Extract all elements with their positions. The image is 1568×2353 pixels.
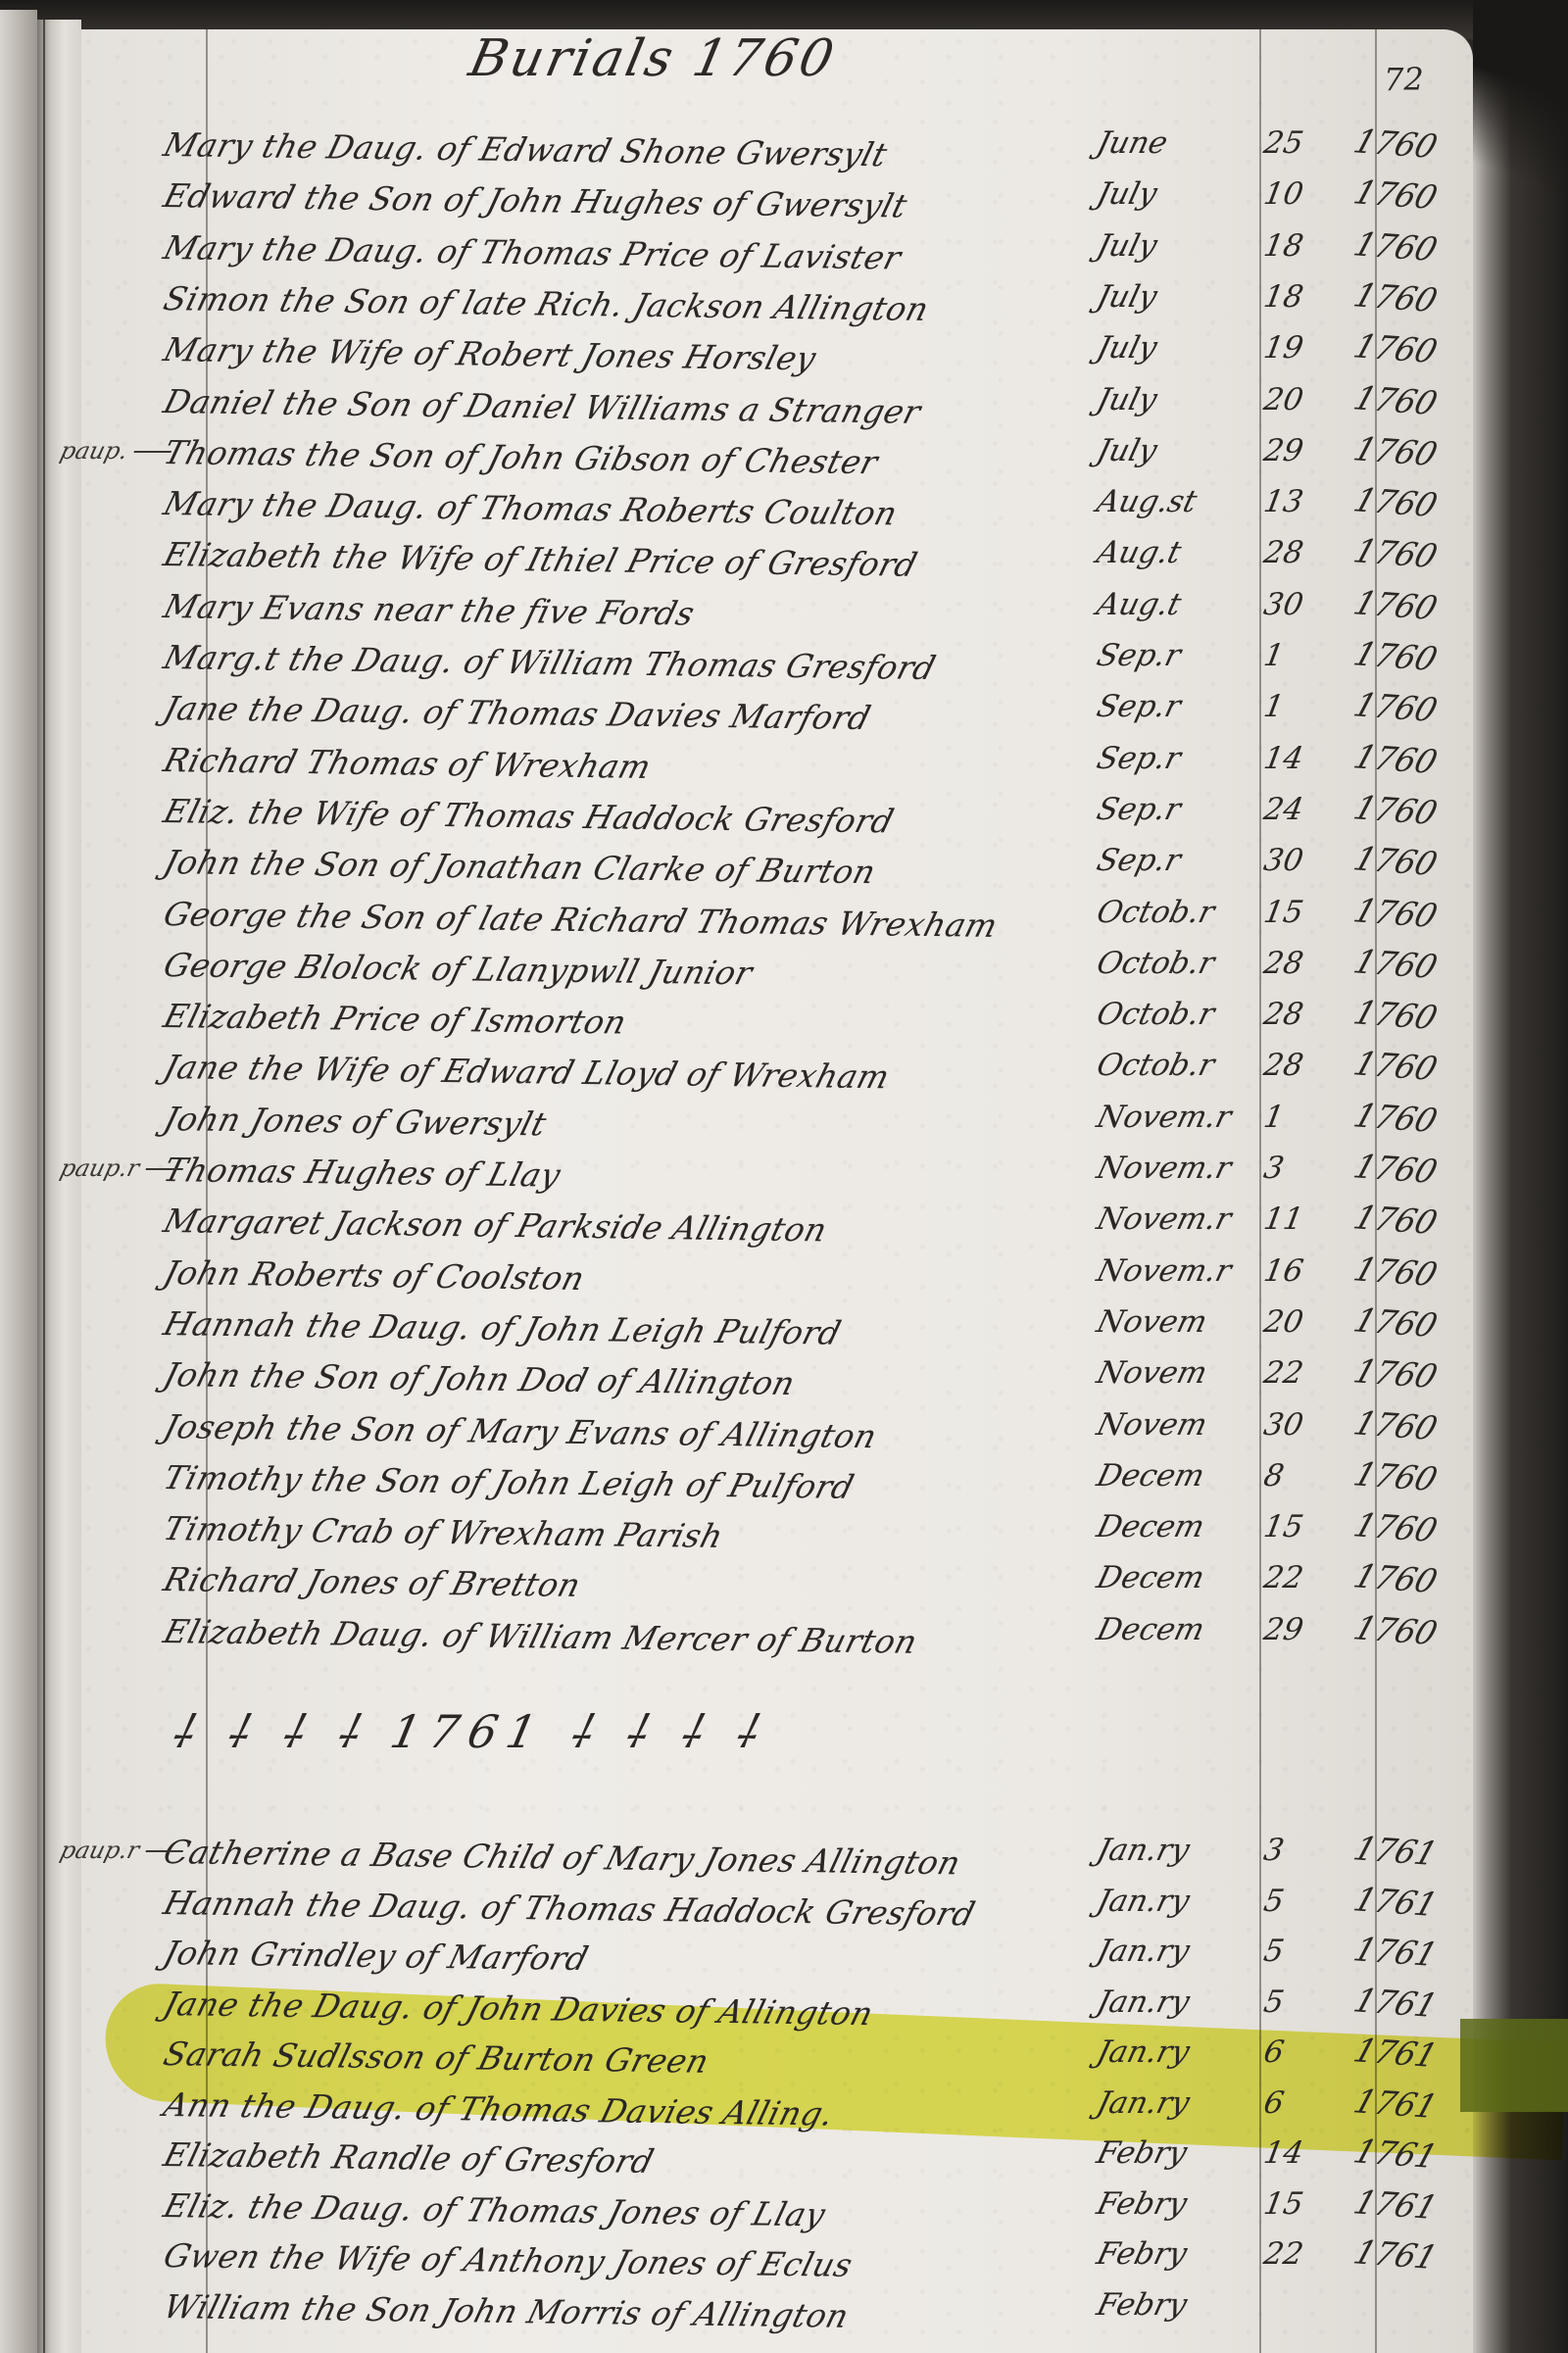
entry-month: Jan.ry [1094,2085,1220,2121]
burial-entry: Mary the Daug. of Edward Shone GwersyltJ… [0,125,1568,172]
burial-entry: Elizabeth Randle of GresfordFebry141761 [0,2135,1568,2182]
entry-year: 1760 [1349,634,1467,680]
burial-entry: Hannah the Daug. of John Leigh PulfordNo… [0,1304,1568,1351]
entry-month: Aug.st [1094,484,1220,519]
entry-month: Febry [1094,2186,1220,2222]
entry-text: John Grindley of Marford [160,1934,1137,1985]
entry-month: Jan.ry [1094,1884,1220,1919]
entry-text: Elizabeth Randle of Gresford [160,2135,1137,2187]
entry-year: 1760 [1349,275,1467,321]
entry-day: 14 [1261,2135,1326,2171]
margin-note-pauper: paup. [58,437,131,465]
entry-year: 1760 [1349,839,1467,885]
entry-month: Decem [1094,1560,1220,1595]
entry-text: Simon the Son of late Rich. Jackson Alli… [160,279,1137,331]
entry-month: Jan.ry [1094,2034,1220,2070]
entry-text: George Blolock of Llanypwll Junior [160,946,1137,998]
entry-day: 14 [1261,741,1326,776]
entry-day: 5 [1261,1934,1326,1969]
entry-month: Octob.r [1094,997,1220,1032]
entry-text: Daniel the Son of Daniel Williams a Stra… [160,382,1137,434]
burial-entry: George the Son of late Richard Thomas Wr… [0,895,1568,942]
entry-year: 1760 [1349,1045,1467,1091]
entry-day: 3 [1261,1151,1326,1186]
entry-day: 18 [1261,228,1326,264]
entry-text: Gwen the Wife of Anthony Jones of Eclus [160,2236,1137,2288]
burial-entry: Marg.t the Daug. of William Thomas Gresf… [0,638,1568,685]
entry-year: 1760 [1349,1250,1467,1296]
entry-year: 1760 [1349,429,1467,475]
entry-day: 10 [1261,176,1326,212]
burial-entry: Jane the Daug. of Thomas Davies MarfordS… [0,689,1568,736]
burial-entry: John Roberts of CoolstonNovem.r161760 [0,1253,1568,1300]
entry-month: Octob.r [1094,895,1220,930]
burial-entry: Elizabeth Daug. of William Mercer of Bur… [0,1612,1568,1659]
entry-year: 1760 [1349,480,1467,526]
entry-year: 1761 [1349,2031,1467,2077]
entry-month: Novem.r [1094,1151,1220,1186]
burial-entry: John the Son of Jonathan Clarke of Burto… [0,843,1568,890]
entry-month: Decem [1094,1458,1220,1494]
entry-day: 28 [1261,946,1326,981]
entry-day: 22 [1261,1560,1326,1595]
entry-month: Sep.r [1094,792,1220,827]
entry-day: 28 [1261,997,1326,1032]
entry-year: 1761 [1349,2232,1467,2279]
burial-entry: Jane the Daug. of John Davies of Allingt… [0,1985,1568,2032]
entry-text: Mary the Daug. of Thomas Price of Lavist… [160,228,1137,280]
entry-month: Decem [1094,1612,1220,1647]
margin-note-pauper: paup.r [58,1154,143,1182]
entry-text: Mary the Wife of Robert Jones Horsley [160,330,1137,382]
entry-day: 15 [1261,1509,1326,1544]
entry-year: 1760 [1349,173,1467,220]
entry-day: 16 [1261,1253,1326,1289]
entry-day: 24 [1261,792,1326,827]
entry-month: Novem.r [1094,1201,1220,1237]
burial-entry: Richard Thomas of WrexhamSep.r141760 [0,741,1568,788]
entry-month: Jan.ry [1094,1833,1220,1868]
entry-month: July [1094,176,1220,212]
entry-day: 30 [1261,1407,1326,1443]
entry-text: William the Son John Morris of Allington [160,2287,1137,2339]
entry-year: 1761 [1349,1829,1467,1875]
entry-day: 22 [1261,2236,1326,2272]
entry-month: Octob.r [1094,946,1220,981]
burial-entry: John Jones of GwersyltNovem.r11760 [0,1100,1568,1147]
entry-year: 1760 [1349,326,1467,372]
burial-entry: Catherine a Base Child of Mary Jones All… [0,1833,1568,1880]
burial-entry: Eliz. the Daug. of Thomas Jones of LlayF… [0,2186,1568,2233]
entry-text: Ann the Daug. of Thomas Davies Alling. [160,2085,1137,2137]
entry-day: 20 [1261,1304,1326,1340]
entry-day: 1 [1261,638,1326,673]
entry-year: 1760 [1349,1557,1467,1603]
entry-text: Timothy the Son of John Leigh of Pulford [160,1458,1137,1510]
burial-entry: John Grindley of MarfordJan.ry51761 [0,1934,1568,1981]
burial-entry: Thomas the Son of John Gibson of Chester… [0,433,1568,480]
entry-month: Novem [1094,1304,1220,1340]
burial-entry: Simon the Son of late Rich. Jackson Alli… [0,279,1568,326]
burial-entry: Edward the Son of John Hughes of Gwersyl… [0,176,1568,223]
entry-text: Margaret Jackson of Parkside Allington [160,1201,1137,1253]
entry-day: 5 [1261,1985,1326,2020]
entry-month: Jan.ry [1094,1985,1220,2020]
entry-month: Novem [1094,1407,1220,1443]
burial-entry: Margaret Jackson of Parkside AllingtonNo… [0,1201,1568,1249]
entry-year: 1760 [1349,122,1467,168]
entry-month: Febry [1094,2135,1220,2171]
burial-entry: Timothy Crab of Wrexham ParishDecem15176… [0,1509,1568,1556]
entry-day: 28 [1261,535,1326,570]
entry-text: John the Son of John Dod of Allington [160,1355,1137,1407]
burial-entry: Mary the Daug. of Thomas Roberts Coulton… [0,484,1568,531]
entry-text: Mary the Daug. of Thomas Roberts Coulton [160,484,1137,536]
burial-entry: Mary the Daug. of Thomas Price of Lavist… [0,228,1568,275]
entry-month: Sep.r [1094,843,1220,878]
entry-month: Sep.r [1094,689,1220,724]
entry-day: 6 [1261,2085,1326,2121]
entry-month: Febry [1094,2236,1220,2272]
entry-year: 1760 [1349,1147,1467,1193]
entry-text: Sarah Sudlsson of Burton Green [160,2034,1137,2086]
entry-year: 1761 [1349,2182,1467,2229]
entry-text: John the Son of Jonathan Clarke of Burto… [160,843,1137,895]
entry-month: Sep.r [1094,638,1220,673]
entry-text: Jane the Wife of Edward Lloyd of Wrexham [160,1048,1137,1100]
entry-month: July [1094,382,1220,417]
burial-entry: George Blolock of Llanypwll JuniorOctob.… [0,946,1568,993]
entry-day: 15 [1261,2186,1326,2222]
entry-day: 20 [1261,382,1326,417]
entry-text: Richard Thomas of Wrexham [160,741,1137,793]
entry-year: 1760 [1349,1505,1467,1551]
entry-day: 11 [1261,1201,1326,1237]
entry-day: 3 [1261,1833,1326,1868]
burial-entry: John the Son of John Dod of AllingtonNov… [0,1355,1568,1402]
entry-year: 1761 [1349,2082,1467,2128]
burial-entry: Jane the Wife of Edward Lloyd of Wrexham… [0,1048,1568,1095]
burial-entry: Eliz. the Wife of Thomas Haddock Gresfor… [0,792,1568,839]
burial-entry: Thomas Hughes of LlayNovem.r31760 [0,1151,1568,1198]
entry-day: 29 [1261,1612,1326,1647]
entry-text: Timothy Crab of Wrexham Parish [160,1509,1137,1561]
burial-entry: Daniel the Son of Daniel Williams a Stra… [0,382,1568,429]
entry-year: 1760 [1349,942,1467,988]
burial-entry: Hannah the Daug. of Thomas Haddock Gresf… [0,1884,1568,1931]
entry-month: Febry [1094,2287,1220,2323]
entry-year: 1760 [1349,1199,1467,1245]
entry-text: Elizabeth Price of Ismorton [160,997,1137,1049]
entry-year: 1760 [1349,1300,1467,1347]
entry-year: 1761 [1349,1981,1467,2027]
entry-year: 1760 [1349,686,1467,732]
entry-year: 1760 [1349,737,1467,783]
entry-day: 29 [1261,433,1326,468]
entry-month: Aug.t [1094,535,1220,570]
entry-text: Jane the Daug. of John Davies of Allingt… [160,1985,1137,2036]
entry-day: 1 [1261,689,1326,724]
page-number: 72 [1384,61,1424,98]
entry-month: Novem.r [1094,1100,1220,1135]
entry-day: 6 [1261,2034,1326,2070]
entry-text: Thomas Hughes of Llay [160,1151,1137,1202]
entry-day: 1 [1261,1100,1326,1135]
entry-year: 1760 [1349,1608,1467,1654]
entry-month: July [1094,228,1220,264]
entry-year: 1761 [1349,1880,1467,1926]
entry-text: Marg.t the Daug. of William Thomas Gresf… [160,638,1137,690]
entry-day: 28 [1261,1048,1326,1083]
entry-month: July [1094,279,1220,315]
entry-text: Joseph the Son of Mary Evans of Allingto… [160,1407,1137,1459]
entry-year: 1761 [1349,1930,1467,1976]
entry-month: Aug.t [1094,587,1220,622]
entry-text: Mary the Daug. of Edward Shone Gwersylt [160,125,1137,177]
entry-year: 1760 [1349,532,1467,578]
burial-entry: Joseph the Son of Mary Evans of Allingto… [0,1407,1568,1454]
entry-text: Hannah the Daug. of Thomas Haddock Gresf… [160,1884,1137,1936]
burial-entry: Mary Evans near the five FordsAug.t30176… [0,587,1568,634]
entry-day: 30 [1261,587,1326,622]
burial-entry: Elizabeth the Wife of Ithiel Price of Gr… [0,535,1568,582]
burial-entry: Ann the Daug. of Thomas Davies Alling.Ja… [0,2085,1568,2132]
burial-entry: Mary the Wife of Robert Jones HorsleyJul… [0,330,1568,377]
entry-year: 1760 [1349,1454,1467,1500]
margin-note-pauper: paup.r [58,1837,143,1864]
entry-year: 1760 [1349,378,1467,424]
entry-month: Novem.r [1094,1253,1220,1289]
entry-text: Thomas the Son of John Gibson of Chester [160,433,1137,485]
entry-year: 1760 [1349,788,1467,834]
entry-year: 1760 [1349,583,1467,629]
entry-text: Jane the Daug. of Thomas Davies Marford [160,689,1137,741]
entry-text: George the Son of late Richard Thomas Wr… [160,895,1137,947]
entry-day: 5 [1261,1884,1326,1919]
entry-day: 13 [1261,484,1326,519]
burial-entry: Timothy the Son of John Leigh of Pulford… [0,1458,1568,1505]
entry-year: 1760 [1349,993,1467,1039]
entry-day: 25 [1261,125,1326,161]
entry-day: 19 [1261,330,1326,366]
entry-month: Novem [1094,1355,1220,1391]
entry-day: 18 [1261,279,1326,315]
year-divider: ⸸ ⸸ ⸸ ⸸ 1761 ⸸ ⸸ ⸸ ⸸ [165,1700,772,1761]
entry-year: 1760 [1349,1403,1467,1449]
entry-day: 22 [1261,1355,1326,1391]
entry-text: John Jones of Gwersylt [160,1100,1137,1152]
entry-month: Decem [1094,1509,1220,1544]
entry-day: 15 [1261,895,1326,930]
entry-year: 1760 [1349,224,1467,270]
burial-entry: William the Son John Morris of Allington… [0,2287,1568,2334]
burial-entry: Elizabeth Price of IsmortonOctob.r281760 [0,997,1568,1044]
entry-text: John Roberts of Coolston [160,1253,1137,1305]
entry-month: June [1094,125,1220,161]
entry-text: Mary Evans near the five Fords [160,587,1137,639]
entry-text: Elizabeth Daug. of William Mercer of Bur… [160,1612,1137,1664]
burial-entry: Richard Jones of BrettonDecem221760 [0,1560,1568,1607]
entry-day: 8 [1261,1458,1326,1494]
burial-entry: Gwen the Wife of Anthony Jones of EclusF… [0,2236,1568,2283]
entry-month: July [1094,330,1220,366]
entry-year: 1760 [1349,1096,1467,1142]
entry-text: Hannah the Daug. of John Leigh Pulford [160,1304,1137,1356]
entry-text: Eliz. the Wife of Thomas Haddock Gresfor… [160,792,1137,844]
entry-year: 1760 [1349,891,1467,937]
entry-text: Catherine a Base Child of Mary Jones All… [160,1833,1137,1885]
entry-month: Sep.r [1094,741,1220,776]
entry-text: Elizabeth the Wife of Ithiel Price of Gr… [160,535,1137,587]
entry-text: Richard Jones of Bretton [160,1560,1137,1612]
entry-text: Eliz. the Daug. of Thomas Jones of Llay [160,2186,1137,2238]
page-title: Burials 1760 [465,29,842,88]
entry-month: Octob.r [1094,1048,1220,1083]
entry-day: 30 [1261,843,1326,878]
entry-month: July [1094,433,1220,468]
entry-month: Jan.ry [1094,1934,1220,1969]
entry-year: 1761 [1349,2132,1467,2178]
burial-entry: Sarah Sudlsson of Burton GreenJan.ry6176… [0,2034,1568,2082]
entry-year: 1760 [1349,1351,1467,1397]
entry-text: Edward the Son of John Hughes of Gwersyl… [160,176,1137,228]
